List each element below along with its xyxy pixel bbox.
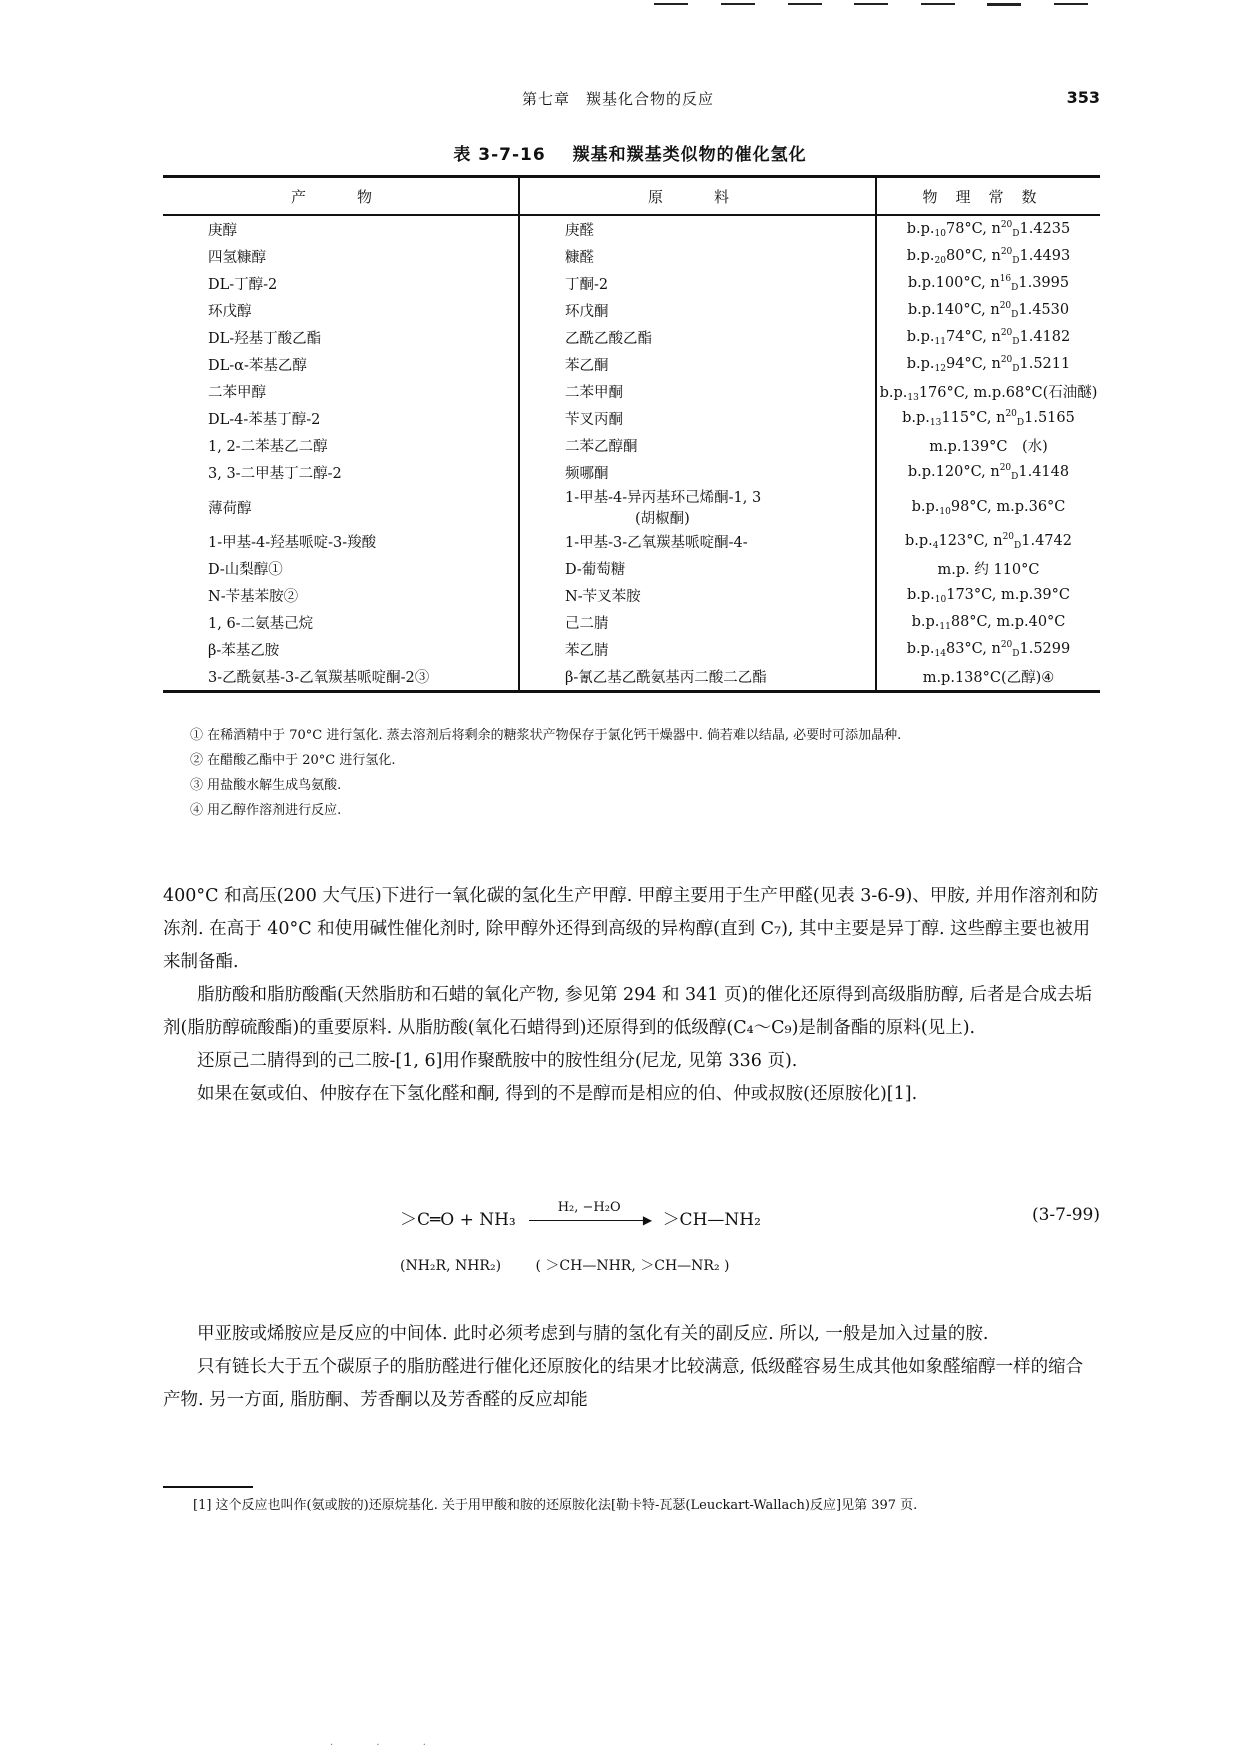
cell-source: 糠醛 <box>519 243 876 270</box>
scan-edge-marks <box>0 0 1240 10</box>
table-note: ④ 用乙醇作溶剂进行反应. <box>163 800 1100 822</box>
table-row: D-山梨醇①D-葡萄糖m.p. 约 110°C <box>163 555 1100 582</box>
cell-source: 二苯甲酮 <box>519 378 876 405</box>
equation-3-7-99: ＞C═O + NH₃ H₂, −H₂O ▶ ＞CH—NH₂ (3-7-99) (… <box>400 1195 1100 1295</box>
equation-number: (3-7-99) <box>1032 1205 1100 1225</box>
table-note: ② 在醋酸乙酯中于 20°C 进行氢化. <box>163 750 1100 772</box>
cell-constants: m.p.138°C(乙醇)④ <box>876 663 1100 692</box>
cell-source: β-氰乙基乙酰氨基丙二酸二乙酯 <box>519 663 876 692</box>
cell-product: DL-α-苯基乙醇 <box>163 351 519 378</box>
cell-product: 1, 2-二苯基乙二醇 <box>163 432 519 459</box>
reaction-condition: H₂, −H₂O <box>529 1200 649 1215</box>
running-head: 第七章 羰基化合物的反应 353 <box>160 88 1100 112</box>
cell-constants: m.p.139°C (水) <box>876 432 1100 459</box>
cell-source: 频哪酮 <box>519 459 876 486</box>
footnote-text: [1] 这个反应也叫作(氨或胺的)还原烷基化. 关于用甲酸和胺的还原胺化法[勒卡… <box>163 1495 1100 1517</box>
footnote-divider <box>163 1486 253 1488</box>
equation-main-line: ＞C═O + NH₃ H₂, −H₂O ▶ ＞CH—NH₂ <box>400 1205 761 1230</box>
cell-product: β-苯基乙胺 <box>163 636 519 663</box>
cell-product: DL-羟基丁酸乙酯 <box>163 324 519 351</box>
scan-specks: · · · <box>330 1740 446 1751</box>
cell-source: 苄叉丙酮 <box>519 405 876 432</box>
table-row: DL-4-苯基丁醇-2苄叉丙酮b.p.13115°C, n20D1.5165 <box>163 405 1100 432</box>
cell-constants: b.p.1294°C, n20D1.5211 <box>876 351 1100 378</box>
table-caption: 表 3-7-16 羰基和羰基类似物的催化氢化 <box>160 140 1100 165</box>
footnote: [1] 这个反应也叫作(氨或胺的)还原烷基化. 关于用甲酸和胺的还原胺化法[勒卡… <box>163 1495 1100 1517</box>
hydrogenation-table: 产 物 原 料 物理常数 庚醇庚醛b.p.1078°C, n20D1.4235四… <box>163 175 1100 693</box>
table-row: 1-甲基-4-羟基哌啶-3-羧酸1-甲基-3-乙氧羰基哌啶酮-4-b.p.412… <box>163 528 1100 555</box>
table-number: 表 3-7-16 <box>453 145 545 165</box>
table-row: N-苄基苯胺②N-苄叉苯胺b.p.10173°C, m.p.39°C <box>163 582 1100 609</box>
cell-source: D-葡萄糖 <box>519 555 876 582</box>
table-note: ① 在稀酒精中于 70°C 进行氢化. 蒸去溶剂后将剩余的糖浆状产物保存于氯化钙… <box>163 725 1100 747</box>
cell-source: 丁酮-2 <box>519 270 876 297</box>
cell-constants: b.p.2080°C, n20D1.4493 <box>876 243 1100 270</box>
table-row: 3-乙酰氨基-3-乙氧羰基哌啶酮-2③β-氰乙基乙酰氨基丙二酸二乙酯m.p.13… <box>163 663 1100 692</box>
table-row: DL-α-苯基乙醇苯乙酮b.p.1294°C, n20D1.5211 <box>163 351 1100 378</box>
cell-product: DL-4-苯基丁醇-2 <box>163 405 519 432</box>
table-row: DL-羟基丁酸乙酯乙酰乙酸乙酯b.p.1174°C, n20D1.4182 <box>163 324 1100 351</box>
paragraph: 甲亚胺或烯胺应是反应的中间体. 此时必须考虑到与腈的氢化有关的副反应. 所以, … <box>163 1318 1100 1351</box>
cell-product: 庚醇 <box>163 215 519 243</box>
cell-product: 3, 3-二甲基丁二醇-2 <box>163 459 519 486</box>
equation-reactants: ＞C═O + NH₃ <box>400 1210 516 1230</box>
header-source: 原 料 <box>519 177 876 216</box>
cell-product: 1-甲基-4-羟基哌啶-3-羧酸 <box>163 528 519 555</box>
cell-source: 环戊酮 <box>519 297 876 324</box>
page-number: 353 <box>1067 88 1100 107</box>
cell-source: 己二腈 <box>519 609 876 636</box>
cell-product: 3-乙酰氨基-3-乙氧羰基哌啶酮-2③ <box>163 663 519 692</box>
equation-alternatives: (NH₂R, NHR₂) ( ＞CH—NHR, ＞CH—NR₂ ) <box>400 1255 730 1275</box>
cell-source: 庚醛 <box>519 215 876 243</box>
cell-product: D-山梨醇① <box>163 555 519 582</box>
cell-constants: b.p.10173°C, m.p.39°C <box>876 582 1100 609</box>
cell-constants: b.p.1098°C, m.p.36°C <box>876 486 1100 528</box>
cell-product: 二苯甲醇 <box>163 378 519 405</box>
cell-constants: m.p. 约 110°C <box>876 555 1100 582</box>
cell-product: 薄荷醇 <box>163 486 519 528</box>
table-row: 薄荷醇1-甲基-4-异丙基环己烯酮-1, 3(胡椒酮)b.p.1098°C, m… <box>163 486 1100 528</box>
cell-constants: b.p.4123°C, n20D1.4742 <box>876 528 1100 555</box>
table-header-row: 产 物 原 料 物理常数 <box>163 177 1100 216</box>
cell-constants: b.p.1483°C, n20D1.5299 <box>876 636 1100 663</box>
table-row: DL-丁醇-2丁酮-2b.p.100°C, n16D1.3995 <box>163 270 1100 297</box>
cell-source: 乙酰乙酸乙酯 <box>519 324 876 351</box>
cell-source: 二苯乙醇酮 <box>519 432 876 459</box>
equation-product: ＞CH—NH₂ <box>663 1210 761 1230</box>
cell-constants: b.p.140°C, n20D1.4530 <box>876 297 1100 324</box>
cell-constants: b.p.1174°C, n20D1.4182 <box>876 324 1100 351</box>
cell-product: N-苄基苯胺② <box>163 582 519 609</box>
paragraph: 如果在氨或伯、仲胺存在下氢化醛和酮, 得到的不是醇而是相应的伯、仲或叔胺(还原胺… <box>163 1078 1100 1111</box>
cell-source: 1-甲基-3-乙氧羰基哌啶酮-4- <box>519 528 876 555</box>
paragraph: 还原己二腈得到的己二胺-[1, 6]用作聚酰胺中的胺性组分(尼龙, 见第 336… <box>163 1045 1100 1078</box>
cell-constants: b.p.13176°C, m.p.68°C(石油醚) <box>876 378 1100 405</box>
table-row: 1, 2-二苯基乙二醇二苯乙醇酮m.p.139°C (水) <box>163 432 1100 459</box>
cell-constants: b.p.120°C, n20D1.4148 <box>876 459 1100 486</box>
cell-product: 环戊醇 <box>163 297 519 324</box>
cell-source: 苯乙腈 <box>519 636 876 663</box>
cell-constants: b.p.100°C, n16D1.3995 <box>876 270 1100 297</box>
cell-constants: b.p.1078°C, n20D1.4235 <box>876 215 1100 243</box>
cell-product: 1, 6-二氨基己烷 <box>163 609 519 636</box>
header-product: 产 物 <box>163 177 519 216</box>
cell-source: N-苄叉苯胺 <box>519 582 876 609</box>
cell-constants: b.p.13115°C, n20D1.5165 <box>876 405 1100 432</box>
table-row: 3, 3-二甲基丁二醇-2频哪酮b.p.120°C, n20D1.4148 <box>163 459 1100 486</box>
paragraph: 只有链长大于五个碳原子的脂肪醛进行催化还原胺化的结果才比较满意, 低级醛容易生成… <box>163 1351 1100 1417</box>
table-row: β-苯基乙胺苯乙腈b.p.1483°C, n20D1.5299 <box>163 636 1100 663</box>
paragraph: 脂肪酸和脂肪酸酯(天然脂肪和石蜡的氧化产物, 参见第 294 和 341 页)的… <box>163 979 1100 1045</box>
chapter-title: 第七章 羰基化合物的反应 <box>522 88 714 109</box>
equation-alt-products: ( ＞CH—NHR, ＞CH—NR₂ ) <box>536 1258 730 1274</box>
reaction-arrow-icon: H₂, −H₂O ▶ <box>529 1220 649 1221</box>
body-text-lower: 甲亚胺或烯胺应是反应的中间体. 此时必须考虑到与腈的氢化有关的副反应. 所以, … <box>163 1318 1100 1417</box>
header-constants: 物理常数 <box>876 177 1100 216</box>
cell-source: 1-甲基-4-异丙基环己烯酮-1, 3(胡椒酮) <box>519 486 876 528</box>
equation-alt-reactants: (NH₂R, NHR₂) <box>400 1258 501 1274</box>
table-notes: ① 在稀酒精中于 70°C 进行氢化. 蒸去溶剂后将剩余的糖浆状产物保存于氯化钙… <box>163 725 1100 825</box>
cell-source: 苯乙酮 <box>519 351 876 378</box>
table-row: 庚醇庚醛b.p.1078°C, n20D1.4235 <box>163 215 1100 243</box>
table-row: 二苯甲醇二苯甲酮b.p.13176°C, m.p.68°C(石油醚) <box>163 378 1100 405</box>
cell-constants: b.p.1188°C, m.p.40°C <box>876 609 1100 636</box>
table-title: 羰基和羰基类似物的催化氢化 <box>573 145 807 165</box>
cell-product: DL-丁醇-2 <box>163 270 519 297</box>
table-row: 环戊醇环戊酮b.p.140°C, n20D1.4530 <box>163 297 1100 324</box>
body-text-upper: 400°C 和高压(200 大气压)下进行一氧化碳的氢化生产甲醇. 甲醇主要用于… <box>163 880 1100 1111</box>
table-row: 四氢糠醇糠醛b.p.2080°C, n20D1.4493 <box>163 243 1100 270</box>
cell-product: 四氢糠醇 <box>163 243 519 270</box>
table-note: ③ 用盐酸水解生成鸟氨酸. <box>163 775 1100 797</box>
table-row: 1, 6-二氨基己烷己二腈b.p.1188°C, m.p.40°C <box>163 609 1100 636</box>
paragraph: 400°C 和高压(200 大气压)下进行一氧化碳的氢化生产甲醇. 甲醇主要用于… <box>163 880 1100 979</box>
